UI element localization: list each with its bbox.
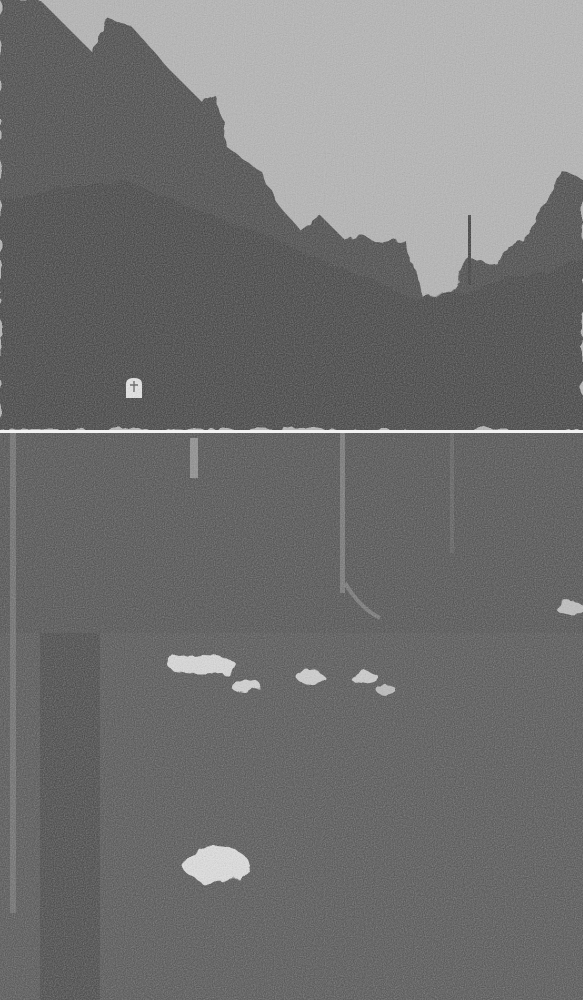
- photo-forest-floor: [0, 433, 583, 1000]
- forest-skyline-image: [0, 0, 583, 430]
- utility-pole: [468, 215, 471, 285]
- marker-stone: [126, 378, 142, 398]
- forest-floor-image: [0, 433, 583, 1000]
- photo-forest-skyline: [0, 0, 583, 430]
